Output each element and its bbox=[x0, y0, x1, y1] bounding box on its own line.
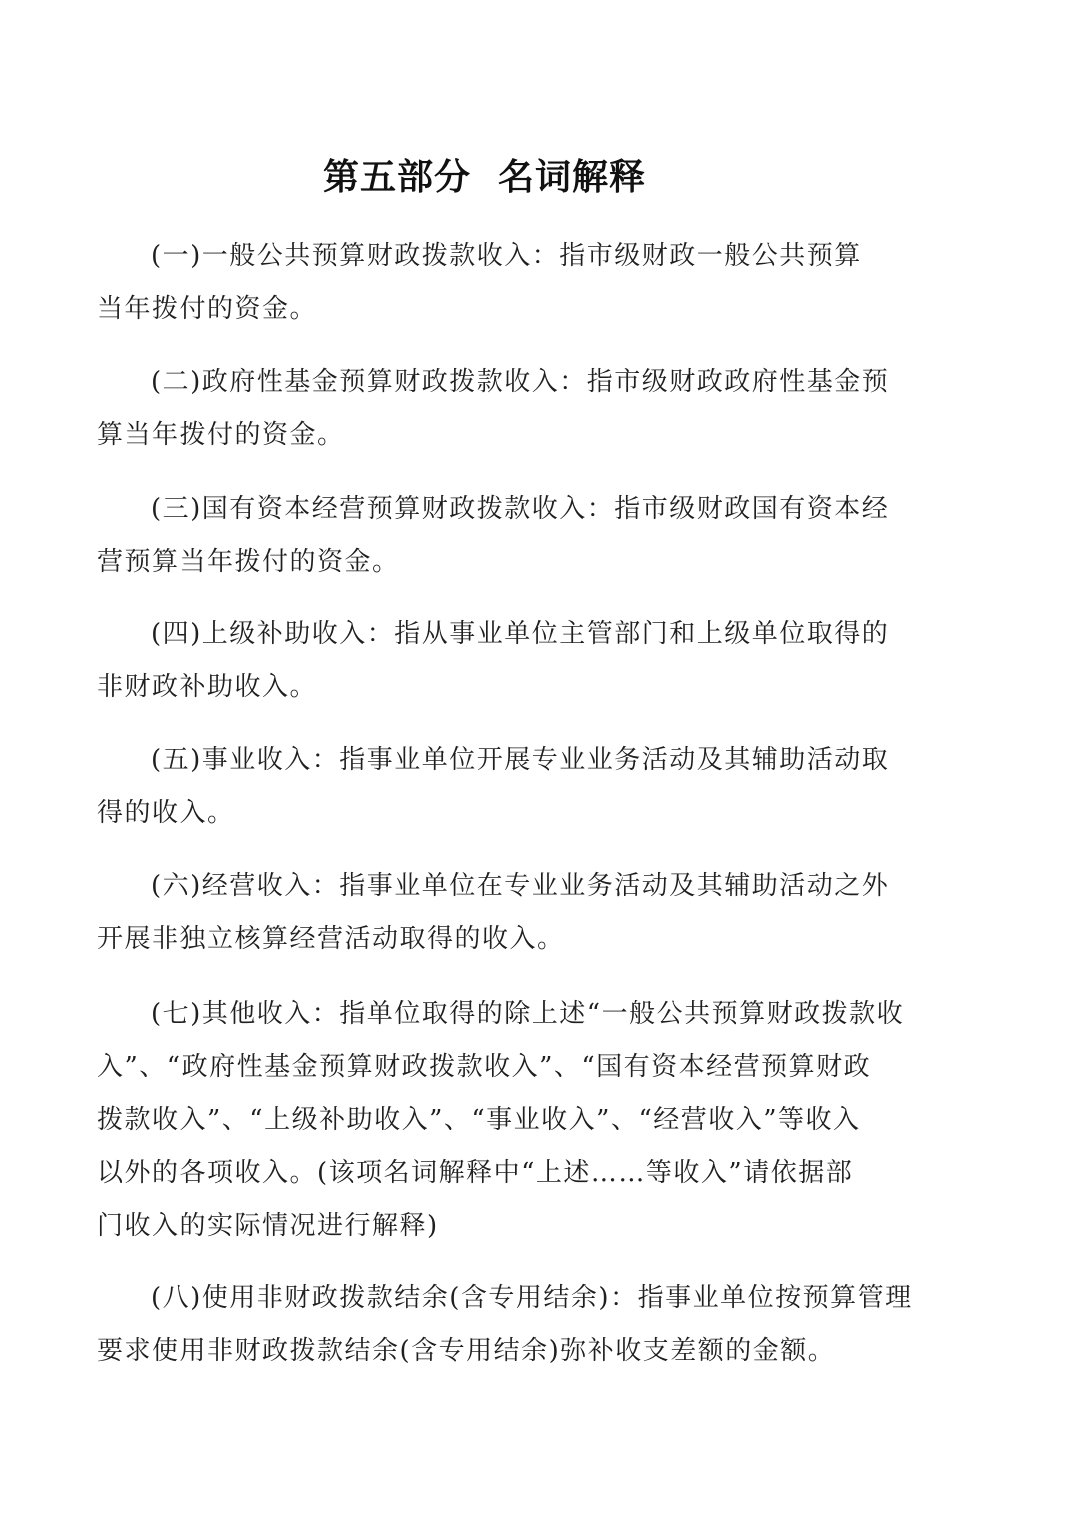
definition-line: 当年拨付的资金。 bbox=[97, 283, 937, 336]
term-definition-1: (一)一般公共预算财政拨款收入：指市级财政一般公共预算 当年拨付的资金。 bbox=[97, 230, 937, 336]
definition-line: (一)一般公共预算财政拨款收入：指市级财政一般公共预算 bbox=[97, 230, 937, 283]
definition-line: 营预算当年拨付的资金。 bbox=[97, 536, 937, 589]
term-definition-5: (五)事业收入：指事业单位开展专业业务活动及其辅助活动取 得的收入。 bbox=[97, 734, 937, 840]
definition-line: 入”、“政府性基金预算财政拨款收入”、“国有资本经营预算财政 bbox=[97, 1041, 937, 1094]
definition-line: 非财政补助收入。 bbox=[97, 661, 937, 714]
term-definition-8: (八)使用非财政拨款结余(含专用结余)：指事业单位按预算管理 要求使用非财政拨款… bbox=[97, 1272, 937, 1378]
definition-line: 以外的各项收入。(该项名词解释中“上述……等收入”请依据部 bbox=[97, 1147, 937, 1200]
definition-line: 算当年拨付的资金。 bbox=[97, 409, 937, 462]
term-definition-6: (六)经营收入：指事业单位在专业业务活动及其辅助活动之外 开展非独立核算经营活动… bbox=[97, 860, 937, 966]
definition-line: (三)国有资本经营预算财政拨款收入：指市级财政国有资本经 bbox=[97, 483, 937, 536]
definition-line: (四)上级补助收入：指从事业单位主管部门和上级单位取得的 bbox=[97, 608, 937, 661]
term-definition-7: (七)其他收入：指单位取得的除上述“一般公共预算财政拨款收 入”、“政府性基金预… bbox=[97, 988, 937, 1253]
term-definition-4: (四)上级补助收入：指从事业单位主管部门和上级单位取得的 非财政补助收入。 bbox=[97, 608, 937, 714]
definition-line: 要求使用非财政拨款结余(含专用结余)弥补收支差额的金额。 bbox=[97, 1325, 937, 1378]
definition-line: 拨款收入”、“上级补助收入”、“事业收入”、“经营收入”等收入 bbox=[97, 1094, 937, 1147]
definition-line: (七)其他收入：指单位取得的除上述“一般公共预算财政拨款收 bbox=[97, 988, 937, 1041]
definition-line: (二)政府性基金预算财政拨款收入：指市级财政政府性基金预 bbox=[97, 356, 937, 409]
definition-line: (六)经营收入：指事业单位在专业业务活动及其辅助活动之外 bbox=[97, 860, 937, 913]
term-definition-3: (三)国有资本经营预算财政拨款收入：指市级财政国有资本经 营预算当年拨付的资金。 bbox=[97, 483, 937, 589]
definition-line: 开展非独立核算经营活动取得的收入。 bbox=[97, 913, 937, 966]
definition-line: 门收入的实际情况进行解释) bbox=[97, 1200, 937, 1253]
term-definition-2: (二)政府性基金预算财政拨款收入：指市级财政政府性基金预 算当年拨付的资金。 bbox=[97, 356, 937, 462]
definition-line: (八)使用非财政拨款结余(含专用结余)：指事业单位按预算管理 bbox=[97, 1272, 937, 1325]
definition-line: (五)事业收入：指事业单位开展专业业务活动及其辅助活动取 bbox=[97, 734, 937, 787]
definition-line: 得的收入。 bbox=[97, 787, 937, 840]
section-title: 第五部分 名词解释 bbox=[0, 152, 969, 204]
document-page: 第五部分 名词解释 (一)一般公共预算财政拨款收入：指市级财政一般公共预算 当年… bbox=[0, 0, 1069, 1514]
